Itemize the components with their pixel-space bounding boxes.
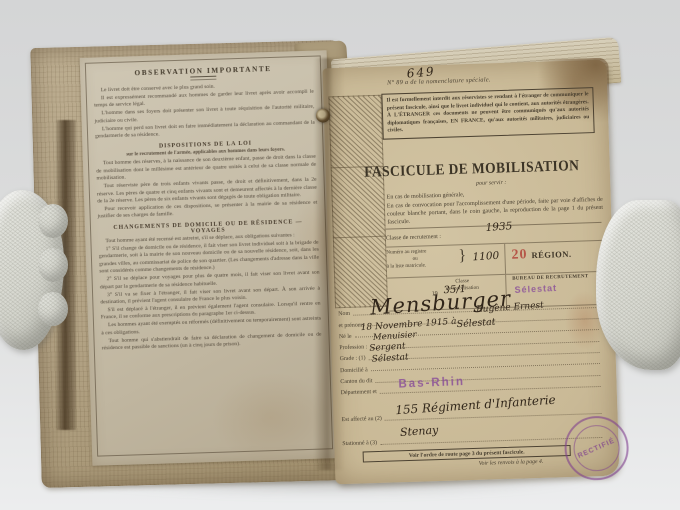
title-divider (190, 76, 216, 81)
affectation-row: Est affecté au (2) 155 Régiment d'Infant… (341, 404, 603, 424)
rectifie-round-stamp: RECTIFIÉ (564, 415, 630, 481)
handwritten-station: Stenay (400, 423, 439, 439)
classe-recrutement-handwritten-value: 1935 (485, 220, 512, 234)
left-page-frame: OBSERVATION IMPORTANTE Le livret doit êt… (85, 55, 333, 456)
region-label: RÉGION. (531, 249, 571, 260)
numero-handwritten-value: 1100 (472, 250, 499, 264)
gutter-shadow (314, 58, 344, 470)
glove-finger (38, 204, 68, 238)
brace-glyph: } (458, 247, 466, 265)
warning-box: Il est formellement interdit aux réservi… (381, 87, 594, 139)
identity-rows: Nom et prénoms Né le Profession : Grade … (338, 298, 603, 397)
numero-cell: Numéro au registre ou à la liste matricu… (386, 244, 505, 278)
departement-label: Département et (341, 389, 377, 396)
bureau-selestat-stamp: Sélestat (514, 283, 557, 295)
canton-label: Canton du dit (340, 378, 372, 385)
affecte-label: Est affecté au (2) (342, 416, 382, 423)
region-number-red: 20 (511, 247, 527, 262)
classe-recrutement-label: Classe de recrutement : (386, 233, 441, 241)
faint-page-number: 649 (406, 64, 436, 80)
stationne-label: Stationné à (3) (342, 440, 377, 447)
region-cell: 20RÉGION. (504, 241, 603, 274)
bureau-recrutement-label: BUREAU DE RECRUTEMENT (512, 274, 603, 282)
photo-of-mobilization-booklet: OBSERVATION IMPORTANTE Le livret doit êt… (0, 0, 680, 510)
glove-finger (38, 292, 68, 326)
nomenclature-line: N° 89 a de la nomenclature spéciale. (387, 76, 491, 86)
glove-finger (38, 248, 68, 282)
left-page: OBSERVATION IMPORTANTE Le livret doit êt… (80, 50, 340, 466)
domicile-label: Domicilié à (340, 367, 368, 374)
right-page: 649 N° 89 a de la nomenclature spéciale.… (323, 60, 620, 485)
